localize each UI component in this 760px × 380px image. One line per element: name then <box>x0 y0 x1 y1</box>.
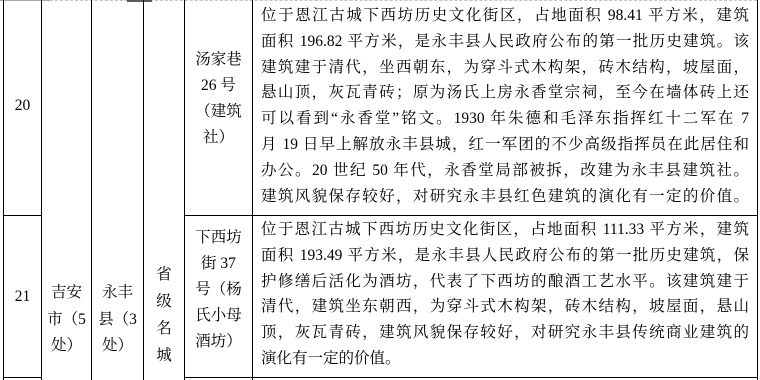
row-21-county-cell: 永丰县（3处） <box>92 280 143 360</box>
row-20-number-cell: 20 <box>4 93 41 119</box>
table-border-col-name-desc <box>252 0 253 380</box>
row-21-city-cell: 吉安市（5处） <box>42 280 91 360</box>
row-bottom-name-desc <box>184 377 758 378</box>
table-border-top-faint <box>0 0 757 1</box>
row-21-level-cell: 省级名城 <box>144 261 184 369</box>
row-20-name-cell: 汤家巷26 号（建筑社） <box>185 47 252 151</box>
table-border-left <box>3 0 4 380</box>
table-border-right <box>757 0 758 380</box>
row-separator-name-desc <box>184 215 758 216</box>
row-bottom-no <box>3 377 42 378</box>
table-border-top-tick <box>127 0 152 2</box>
row-21-description-cell: 位于恩江古城下西坊历史文化街区，占地面积 111.33 平方米，建筑面积 193… <box>261 217 749 372</box>
row-21-name-cell: 下西坊街 37号（杨氏小母酒坊） <box>185 225 252 355</box>
row-20-description-cell: 位于恩江古城下西坊历史文化街区，占地面积 98.41 平方米，建筑面积 196.… <box>261 3 749 209</box>
table-border-top-remnant <box>0 0 50 1</box>
row-separator-no <box>3 215 42 216</box>
row-21-number-cell: 21 <box>4 284 41 310</box>
historic-buildings-table: 20 汤家巷26 号（建筑社） 位于恩江古城下西坊历史文化街区，占地面积 98.… <box>0 0 760 380</box>
